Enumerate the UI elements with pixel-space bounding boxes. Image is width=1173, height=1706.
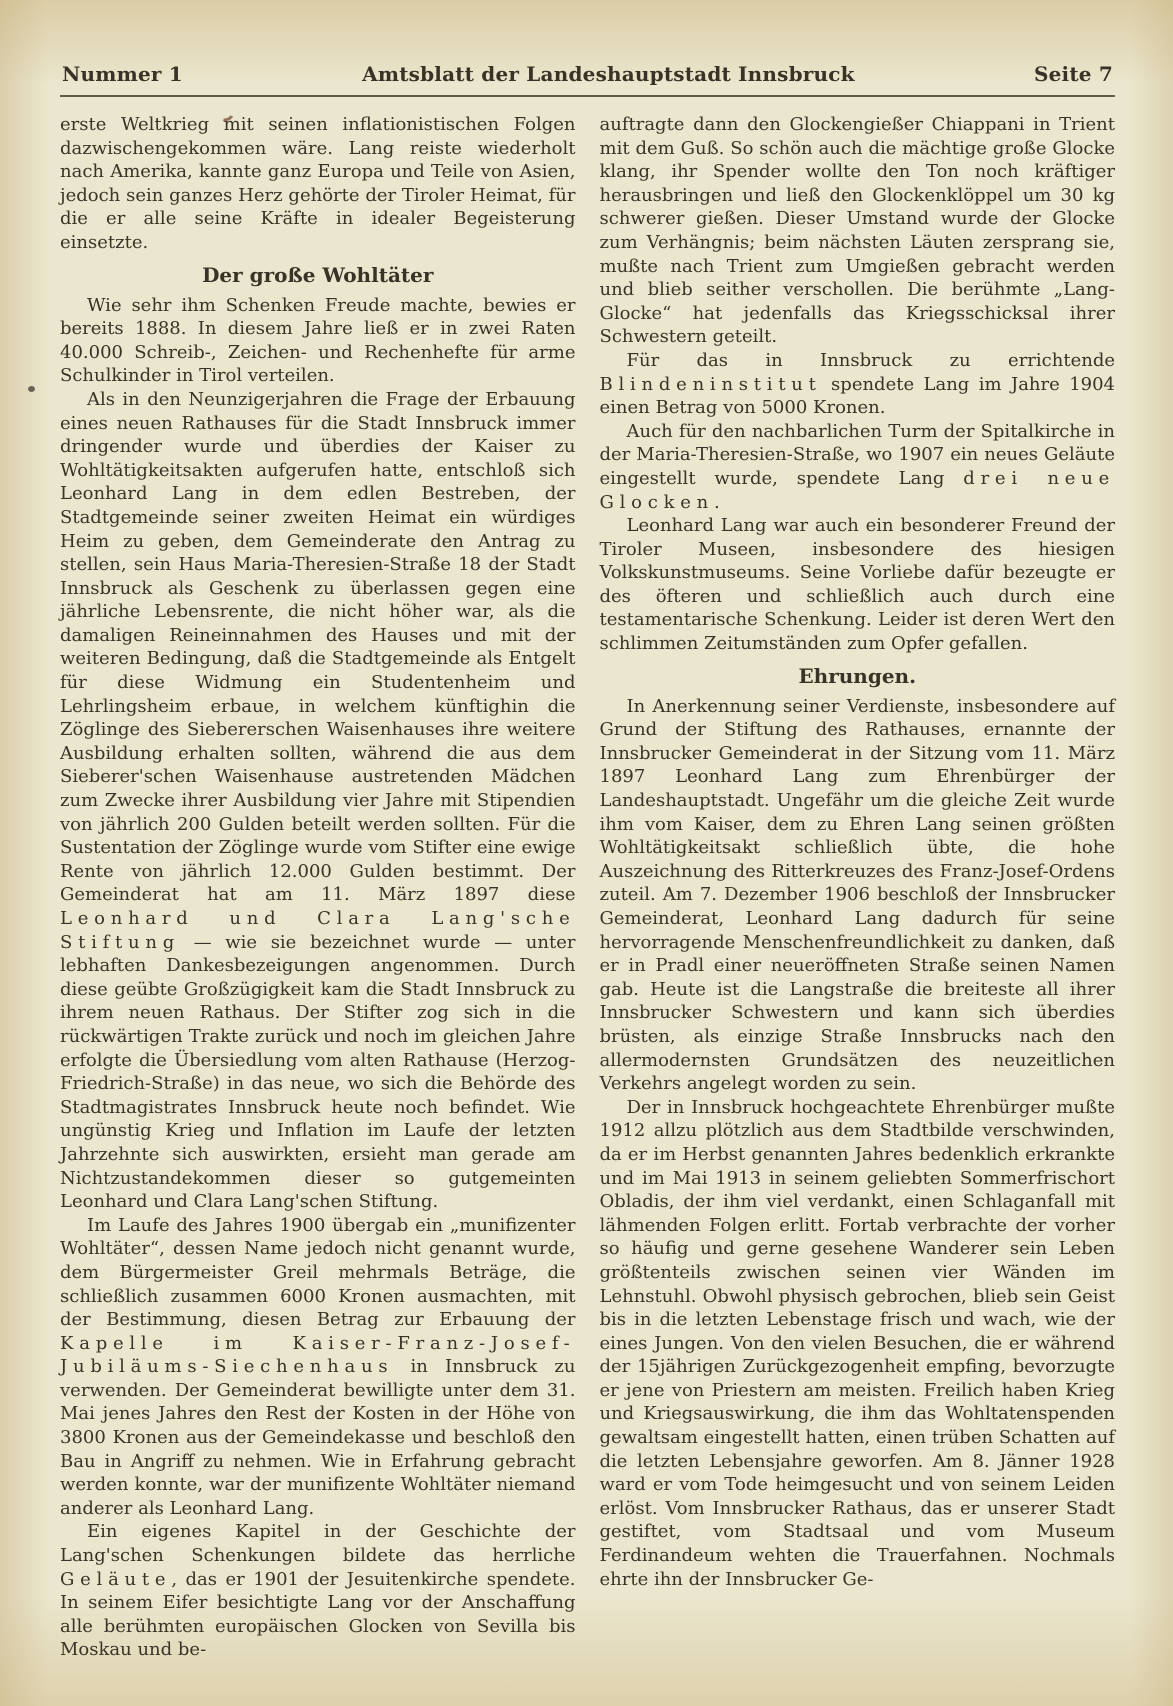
paragraph: Im Laufe des Jahres 1900 übergab ein „mu… [60, 1214, 576, 1521]
text-run: erste Weltkrieg mit seinen inflationisti… [60, 114, 576, 253]
paragraph: Für das in Innsbruck zu errichtende Blin… [600, 349, 1116, 420]
paragraph: Ein eigenes Kapitel in der Geschichte de… [60, 1520, 576, 1662]
section-heading: Ehrungen. [600, 664, 1116, 688]
paragraph: Wie sehr ihm Schenken Freude machte, bew… [60, 294, 576, 388]
text-run: in Innsbruck zu verwenden. Der Gemeinder… [60, 1356, 576, 1519]
text-run: Ein eigenes Kapitel in der Geschichte de… [60, 1521, 576, 1566]
masthead: Nummer 1 Amtsblatt der Landeshauptstadt … [60, 62, 1115, 86]
paragraph: auftragte dann den Glockengießer Chiappa… [600, 113, 1116, 349]
emphasized-text-run: Geläute [60, 1569, 171, 1590]
page-content: Nummer 1 Amtsblatt der Landeshauptstadt … [0, 0, 1173, 1662]
text-run: Im Laufe des Jahres 1900 übergab ein „mu… [60, 1215, 576, 1330]
scan-artifact-ink-dot [28, 386, 35, 392]
paragraph: Als in den Neunzigerjahren die Frage der… [60, 388, 576, 1214]
section-heading: Der große Wohltäter [60, 263, 576, 287]
paragraph: Leonhard Lang war auch ein besonderer Fr… [600, 514, 1116, 656]
scanned-gazette-page: Nummer 1 Amtsblatt der Landeshauptstadt … [0, 0, 1173, 1706]
paragraph: erste Weltkrieg mit seinen inflationisti… [60, 113, 576, 255]
text-run: Als in den Neunzigerjahren die Frage der… [60, 389, 576, 905]
text-run: In Anerkennung seiner Verdienste, insbes… [600, 696, 1116, 1095]
paragraph: In Anerkennung seiner Verdienste, insbes… [600, 695, 1116, 1096]
text-run: auftragte dann den Glockengießer Chiappa… [600, 114, 1116, 347]
text-run: — wie sie bezeichnet wurde — unter lebha… [60, 932, 576, 1213]
left-column: erste Weltkrieg mit seinen inflationisti… [60, 113, 576, 1662]
text-run: . [714, 492, 720, 513]
text-run: Leonhard Lang war auch ein besonderer Fr… [600, 515, 1116, 654]
page-number: Seite 7 [1034, 62, 1113, 86]
emphasized-text-run: Blindeninstitut [600, 374, 822, 395]
paragraph: Der in Innsbruck hochgeachtete Ehrenbürg… [600, 1096, 1116, 1591]
text-run: Der in Innsbruck hochgeachtete Ehrenbürg… [600, 1097, 1116, 1590]
gazette-title: Amtsblatt der Landeshauptstadt Innsbruck [183, 62, 1034, 86]
right-column: auftragte dann den Glockengießer Chiappa… [600, 113, 1116, 1662]
text-columns: erste Weltkrieg mit seinen inflationisti… [60, 113, 1115, 1662]
masthead-rule [60, 95, 1115, 97]
paragraph: Auch für den nachbarlichen Turm der Spit… [600, 420, 1116, 514]
issue-number: Nummer 1 [62, 62, 183, 86]
text-run: Wie sehr ihm Schenken Freude machte, bew… [60, 295, 576, 387]
text-run: Für das in Innsbruck zu errichtende [627, 350, 1116, 371]
